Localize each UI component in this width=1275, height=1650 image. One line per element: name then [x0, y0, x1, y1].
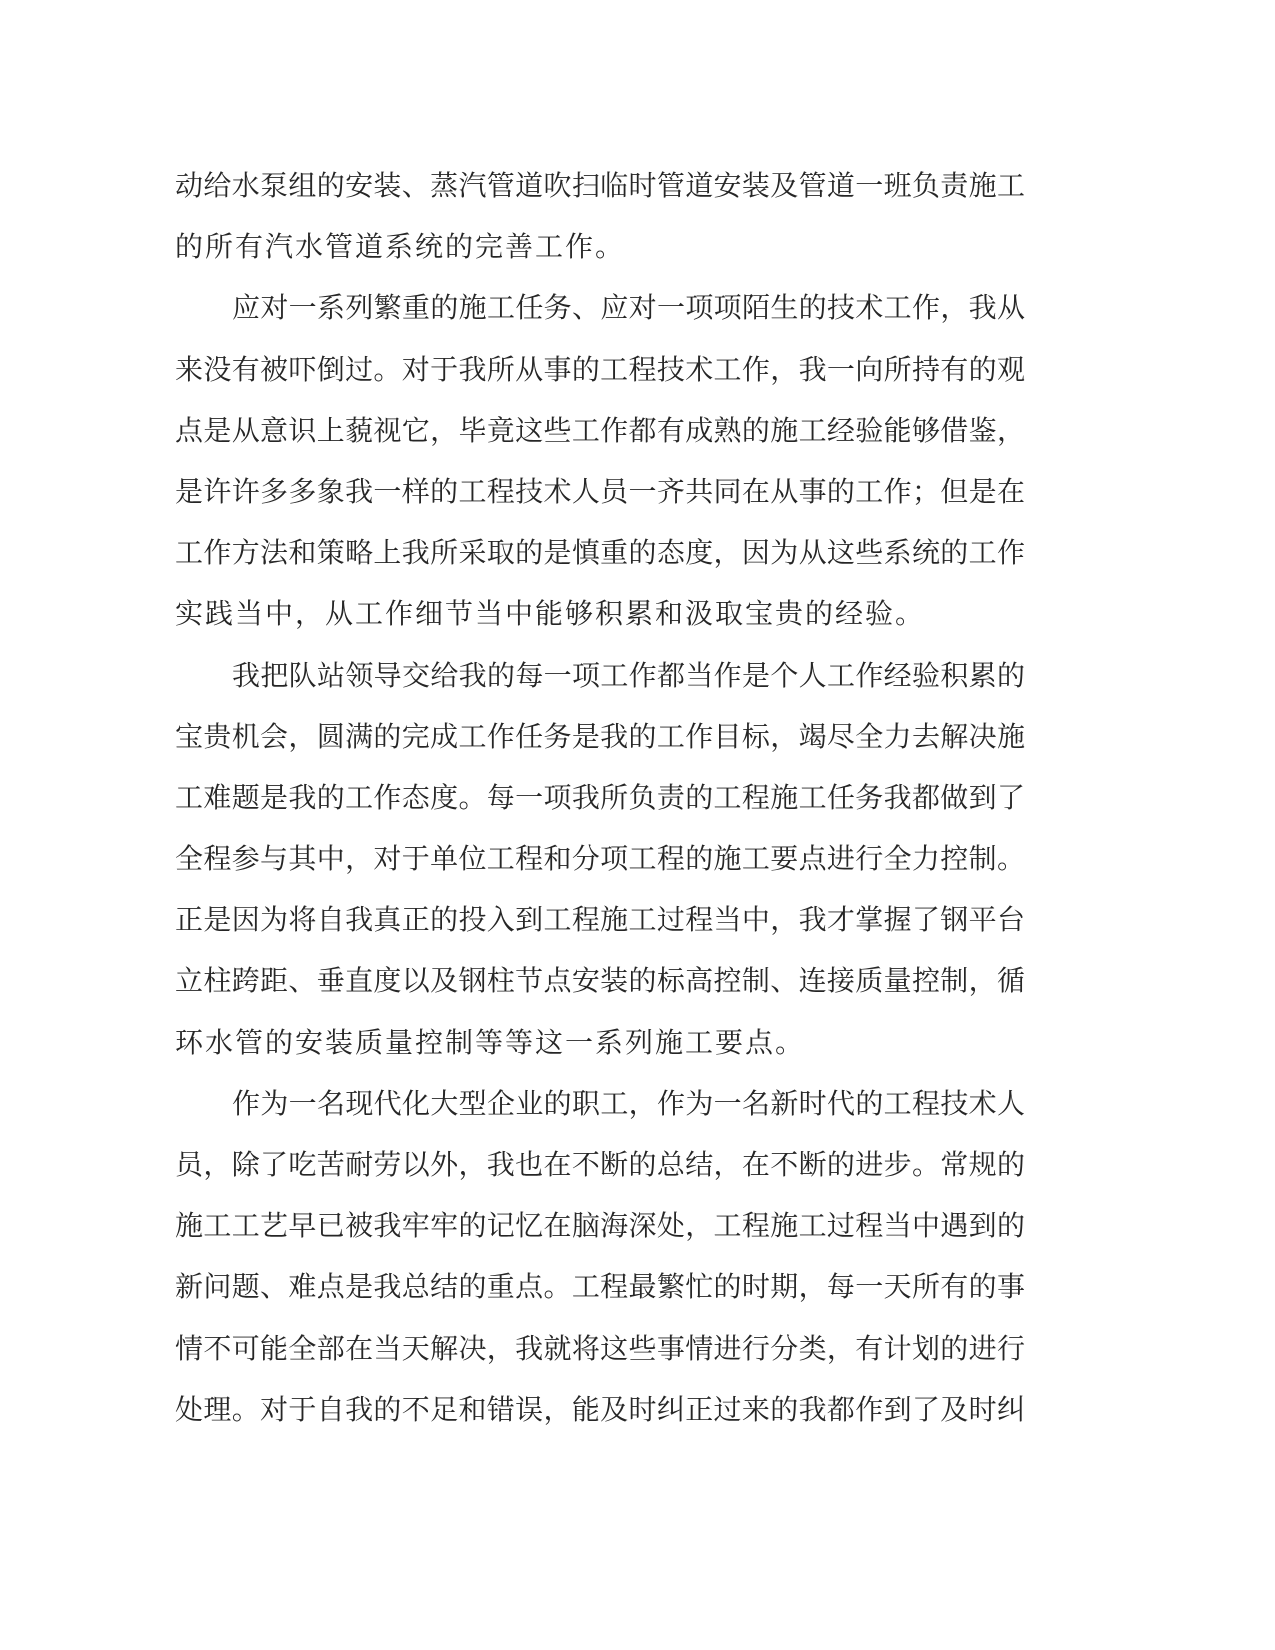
- text-line: 环水管的安装质量控制等等这一系列施工要点。: [175, 1013, 1025, 1074]
- text-block: 动给水泵组的安装、蒸汽管道吹扫临时管道安装及管道一班负责施工的所有汽水管道系统的…: [175, 156, 1025, 1441]
- text-line: 实践当中，从工作细节当中能够积累和汲取宝贵的经验。: [175, 584, 1025, 645]
- text-line: 作为一名现代化大型企业的职工，作为一名新时代的工程技术人: [175, 1074, 1025, 1135]
- text-line: 工作方法和策略上我所采取的是慎重的态度，因为从这些系统的工作: [175, 523, 1025, 584]
- text-line: 立柱跨距、垂直度以及钢柱节点安装的标高控制、连接质量控制，循: [175, 951, 1025, 1012]
- text-line: 来没有被吓倒过。对于我所从事的工程技术工作，我一向所持有的观: [175, 340, 1025, 401]
- text-line: 动给水泵组的安装、蒸汽管道吹扫临时管道安装及管道一班负责施工: [175, 156, 1025, 217]
- text-line: 是许许多多象我一样的工程技术人员一齐共同在从事的工作；但是在: [175, 462, 1025, 523]
- text-line: 员，除了吃苦耐劳以外，我也在不断的总结，在不断的进步。常规的: [175, 1135, 1025, 1196]
- text-line: 点是从意识上藐视它，毕竟这些工作都有成熟的施工经验能够借鉴，: [175, 401, 1025, 462]
- text-line: 我把队站领导交给我的每一项工作都当作是个人工作经验积累的: [175, 646, 1025, 707]
- text-line: 正是因为将自我真正的投入到工程施工过程当中，我才掌握了钢平台: [175, 890, 1025, 951]
- text-line: 工难题是我的工作态度。每一项我所负责的工程施工任务我都做到了: [175, 768, 1025, 829]
- text-line: 处理。对于自我的不足和错误，能及时纠正过来的我都作到了及时纠: [175, 1380, 1025, 1441]
- text-line: 施工工艺早已被我牢牢的记忆在脑海深处，工程施工过程当中遇到的: [175, 1196, 1025, 1257]
- text-line: 全程参与其中，对于单位工程和分项工程的施工要点进行全力控制。: [175, 829, 1025, 890]
- document-page: 动给水泵组的安装、蒸汽管道吹扫临时管道安装及管道一班负责施工的所有汽水管道系统的…: [0, 0, 1275, 1650]
- text-line: 新问题、难点是我总结的重点。工程最繁忙的时期，每一天所有的事: [175, 1257, 1025, 1318]
- text-line: 情不可能全部在当天解决，我就将这些事情进行分类，有计划的进行: [175, 1319, 1025, 1380]
- text-line: 宝贵机会，圆满的完成工作任务是我的工作目标，竭尽全力去解决施: [175, 707, 1025, 768]
- text-line: 的所有汽水管道系统的完善工作。: [175, 217, 1025, 278]
- text-line: 应对一系列繁重的施工任务、应对一项项陌生的技术工作，我从: [175, 278, 1025, 339]
